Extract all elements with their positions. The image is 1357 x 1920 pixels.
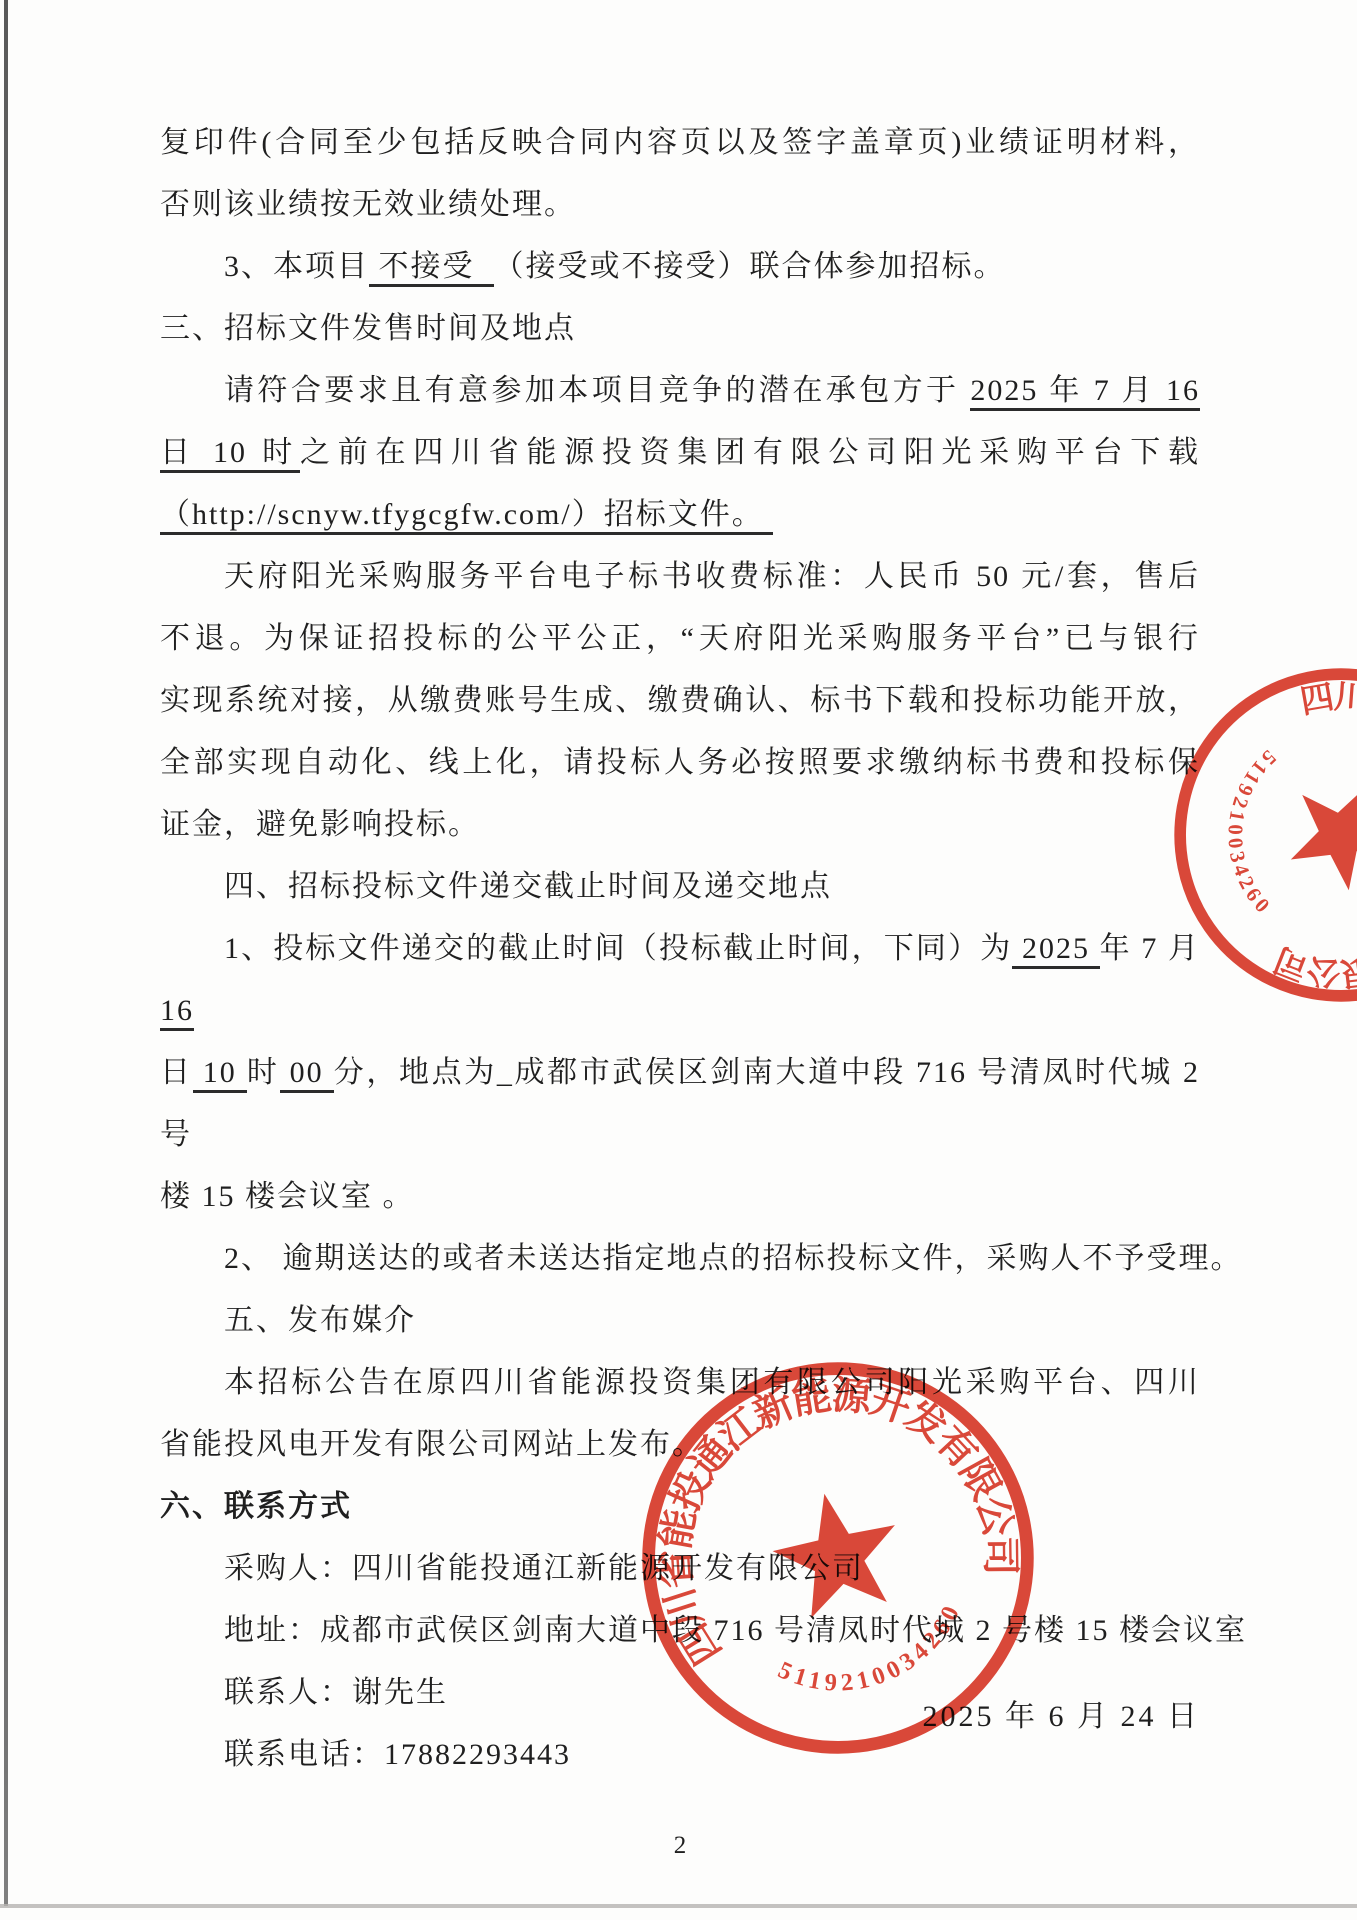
text-segment: 否则该业绩按无效业绩处理。 [160,188,576,221]
text-line: 证金，避免影响投标。 [160,794,1200,856]
underlined-text: 16 [160,994,194,1031]
text-segment: 复印件(合同至少包括反映合同内容页以及签字盖章页)业绩证明材料， [160,126,1200,159]
text-line: 不退。为保证招投标的公平公正，“天府阳光采购服务平台”已与银行 [160,608,1200,670]
text-segment: 2、 逾期送达的或者未送达指定地点的招标投标文件，采购人不予受理。 [224,1242,1243,1275]
text-segment: 六、联系方式 [160,1490,352,1523]
scan-edge-left [4,0,8,1906]
seal-code-text: 5119210034260 [1208,741,1304,923]
page-number: 2 [160,1832,1200,1860]
text-line: 三、招标文件发售时间及地点 [160,298,1200,360]
text-line: 3、本项目 不接受 （接受或不接受）联合体参加招标。 [160,236,1200,298]
text-segment: 不退。为保证招投标的公平公正，“天府阳光采购服务平台”已与银行 [160,622,1200,655]
text-segment: 请符合要求且有意参加本项目竞争的潜在承包方于 [224,374,970,407]
text-line: 实现系统对接，从缴费账号生成、缴费确认、标书下载和投标功能开放， [160,670,1200,732]
underlined-text: 10 [193,1056,247,1093]
text-segment: 时 [247,1056,280,1089]
text-line: （http://scnyw.tfygcgfw.com/）招标文件。 [160,484,1200,546]
text-segment: 楼 15 楼会议室 。 [160,1180,415,1213]
underlined-text: （http://scnyw.tfygcgfw.com/）招标文件。 [160,498,773,535]
text-segment: 日 [160,1056,193,1089]
underlined-text: 日 10 时 [160,436,300,473]
text-line: 楼 15 楼会议室 。 [160,1166,1200,1228]
text-line: 否则该业绩按无效业绩处理。 [160,174,1200,236]
text-line: 请符合要求且有意参加本项目竞争的潜在承包方于 2025 年 7 月 16 [160,360,1200,422]
underlined-text: 不接受 [369,250,494,287]
underlined-text: 00 [280,1056,334,1093]
text-segment: 三、招标文件发售时间及地点 [160,312,576,345]
document-page: 复印件(合同至少包括反映合同内容页以及签字盖章页)业绩证明材料，否则该业绩按无效… [0,0,1357,1920]
text-segment: 证金，避免影响投标。 [160,808,480,841]
text-segment: 天府阳光采购服务平台电子标书收费标准：人民币 50 元/套，售后 [224,560,1200,593]
underlined-text: 2025 [1012,932,1099,969]
text-line: 日 10 时 00 分，地点为_成都市武侯区剑南大道中段 716 号清凤时代城 … [160,1042,1200,1166]
text-line: 复印件(合同至少包括反映合同内容页以及签字盖章页)业绩证明材料， [160,112,1200,174]
text-segment: 全部实现自动化、线上化，请投标人务必按照要求缴纳标书费和投标保 [160,746,1200,779]
scan-edge-bottom [0,1904,1357,1908]
text-segment: （接受或不接受）联合体参加招标。 [494,250,1006,283]
text-line: 2、 逾期送达的或者未送达指定地点的招标投标文件，采购人不予受理。 [160,1228,1200,1290]
star-icon [1287,775,1357,897]
text-line: 天府阳光采购服务平台电子标书收费标准：人民币 50 元/套，售后 [160,546,1200,608]
text-line: 全部实现自动化、线上化，请投标人务必按照要求缴纳标书费和投标保 [160,732,1200,794]
star-icon [763,1481,910,1623]
text-segment: 之前在四川省能源投资集团有限公司阳光采购平台下载 [300,436,1200,469]
text-segment: 1、投标文件递交的截止时间（投标截止时间，下同）为 [224,932,1012,965]
text-segment: 实现系统对接，从缴费账号生成、缴费确认、标书下载和投标功能开放， [160,684,1200,717]
text-segment: 五、发布媒介 [224,1304,416,1337]
seal-code-text: 5119210034260 [764,1593,979,1712]
company-seal: 四川省能投通江新能源开发有限公司 5119210034260 [594,1314,1083,1803]
text-line: 日 10 时之前在四川省能源投资集团有限公司阳光采购平台下载 [160,422,1200,484]
text-line: 四、招标投标文件递交截止时间及递交地点 [160,856,1200,918]
text-line: 1、投标文件递交的截止时间（投标截止时间，下同）为 2025 年 7 月 16 [160,918,1200,1042]
text-segment: 四、招标投标文件递交截止时间及递交地点 [224,870,832,903]
text-line: 五、发布媒介 [160,1290,1200,1352]
text-segment: 3、本项目 [224,250,369,283]
underlined-text: 2025 年 7 月 16 [970,374,1200,411]
